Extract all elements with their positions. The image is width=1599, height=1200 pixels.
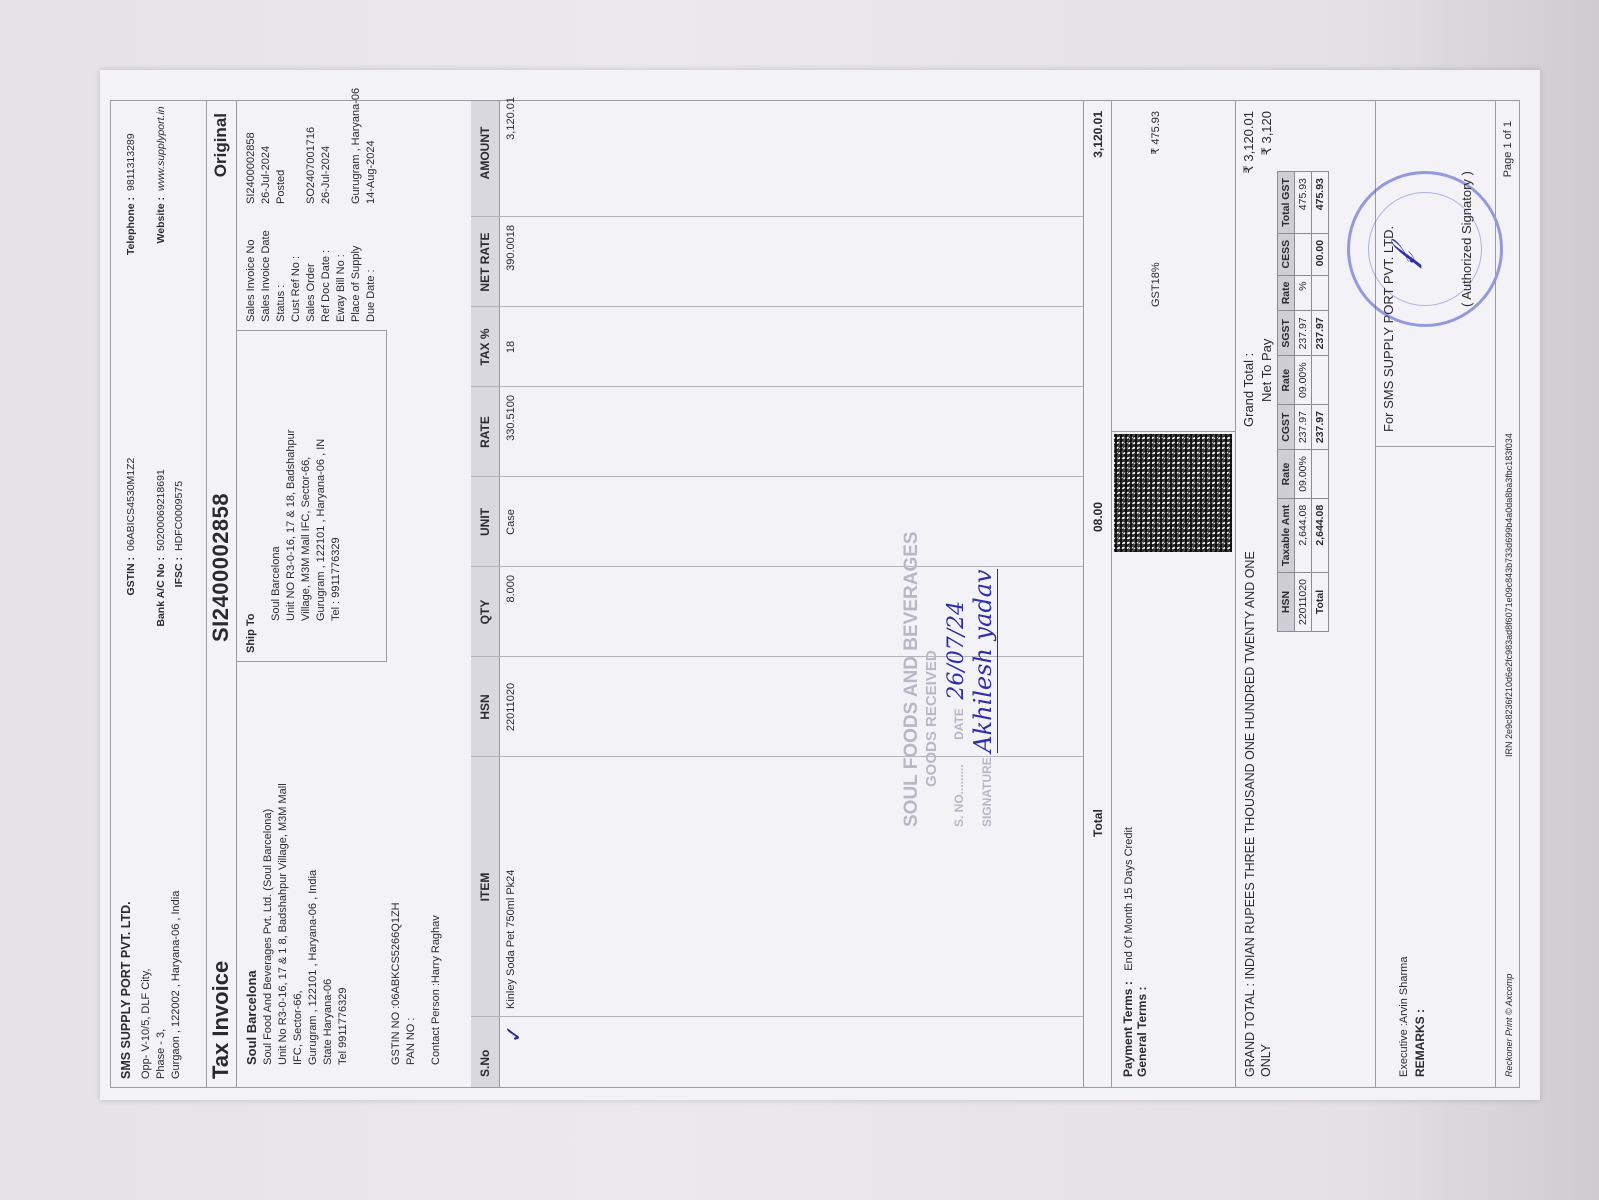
meta-row: Ref Doc Date :26-Jul-2024: [319, 72, 334, 322]
gst-column-header: Total GST: [1278, 172, 1295, 234]
title-bar: Tax Invoice SI2400002858 Original: [206, 101, 237, 1087]
total-amount: 3,120.01: [1091, 111, 1105, 158]
payment-terms-label: Payment Terms :: [1121, 981, 1135, 1077]
invoice-paper: SMS SUPPLY PORT PVT. LTD. Opp- V-10/5, D…: [100, 70, 1540, 1100]
grand-total-value: ₹ 3,120.01: [1241, 111, 1257, 174]
checkmark-icon: ✓: [501, 1025, 527, 1043]
page-number: Page 1 of 1: [1502, 121, 1514, 177]
irn-number: IRN 2e9c8236f210d6e2fc983ad8f6071e09c843…: [1504, 433, 1514, 757]
bill-to-pan: PAN NO :: [404, 665, 419, 1065]
bill-to: Soul Barcelona Soul Food And Beverages P…: [244, 665, 444, 1065]
stamp-signature-label: SIGNATURE: [980, 757, 994, 827]
column-header: HSN: [478, 657, 492, 757]
ifsc-value: HDFC0009575: [173, 481, 185, 551]
handwritten-date: 26/07/24: [944, 601, 969, 700]
gst-column-header: SGST: [1278, 311, 1295, 356]
bill-to-line: IFC, Sector-66,: [291, 665, 306, 1065]
column-header: AMOUNT: [478, 89, 492, 217]
remarks-label: REMARKS :: [1413, 1009, 1427, 1077]
ship-to-line: Tel : 9911776329: [329, 331, 344, 621]
gst-column-header: CGST: [1278, 405, 1295, 450]
meta-row: Sales OrderSO2407001716: [304, 72, 319, 322]
meta-row: Sales Invoice Date26-Jul-2024: [259, 72, 274, 322]
table-cell: 22011020: [505, 665, 517, 757]
column-header: ITEM: [478, 757, 492, 1017]
meta-value: Posted: [274, 170, 289, 204]
bank-value: 50200069218691: [155, 469, 167, 551]
goods-received-stamp: SOUL FOODS AND BEVERAGES GOODS RECEIVED …: [901, 467, 997, 827]
column-header: RATE: [478, 387, 492, 477]
total-label: Total: [1091, 809, 1105, 837]
table-cell: Case: [505, 485, 517, 567]
grand-total-label: Grand Total :: [1241, 353, 1256, 427]
table-cell: Kinley Soda Pet 750ml Pk24: [505, 765, 517, 1017]
footer-section: Executive :Arvin Sharma REMARKS : For SM…: [1375, 101, 1495, 1087]
telephone-label: Telephone :: [125, 197, 137, 287]
gst-rate-label: GST18%: [1149, 262, 1164, 307]
table-cell: 390.0018: [505, 225, 517, 307]
party-details: Soul Barcelona Soul Food And Beverages P…: [236, 101, 472, 1087]
authorized-signature-mark: 𝒻: [1383, 252, 1423, 267]
items-total-row: Total 08.00 3,120.01: [1083, 101, 1112, 1087]
column-lines: [471, 101, 1111, 1087]
stamp-sno: S. NO.........: [952, 764, 966, 827]
meta-row: Sales Invoice NoSI2400002858: [244, 72, 259, 322]
gst-amount: ₹ 475.93: [1149, 111, 1164, 155]
company-address-2: Phase - 3,: [154, 891, 169, 1079]
meta-label: Status :: [274, 204, 289, 322]
meta-label: Sales Invoice Date: [259, 204, 274, 322]
stamp-line-2: GOODS RECEIVED: [923, 467, 940, 787]
table-row: Kinley Soda Pet 750ml Pk24220110208.000C…: [499, 101, 527, 1087]
contact-person: Contact Person :Harry Raghav: [429, 665, 444, 1065]
meta-value: SI2400002858: [244, 132, 259, 204]
meta-label: Cust Ref No :: [289, 204, 304, 322]
bill-to-line: Gurugram , 122101 , Haryana-06 , India: [306, 665, 321, 1065]
gstin-label: GSTIN :: [125, 557, 137, 647]
company-seal: [1347, 171, 1503, 327]
stamp-date-label: DATE: [952, 708, 966, 740]
total-qty: 08.00: [1091, 502, 1105, 532]
gst-total-row: Total2,644.08237.97237.9700.00475.93: [1312, 172, 1329, 632]
gstin-value: 06ABICS4530M1Z2: [125, 458, 137, 551]
bill-to-line: Unit No R3-0-16, 17 & 1 8, Badshahpur Vi…: [276, 665, 291, 1065]
table-cell: 8.000: [505, 575, 517, 657]
meta-row: Cust Ref No :: [289, 72, 304, 322]
printed-by: Reckoner Print © Axcomp: [1504, 974, 1514, 1077]
meta-value: SO2407001716: [304, 127, 319, 204]
ship-to-line: Village, M3M Mall IFC, Sector-66,: [299, 331, 314, 621]
gst-column-header: HSN: [1278, 573, 1295, 632]
meta-row: Due Date :14-Aug-2024: [364, 72, 379, 322]
bill-to-gstin: GSTIN NO :06ABKCS5266Q1ZH: [389, 665, 404, 1065]
meta-label: Sales Invoice No: [244, 204, 259, 322]
meta-label: Place of Supply: [349, 204, 364, 322]
amount-in-words-2: ONLY: [1259, 1044, 1273, 1077]
meta-value: 26-Jul-2024: [319, 146, 334, 204]
ship-to-heading: Ship To: [244, 331, 259, 653]
stamp-line-1: SOUL FOODS AND BEVERAGES: [901, 467, 923, 827]
ifsc-label: IFSC :: [173, 557, 185, 647]
gst-column-header: CESS: [1278, 233, 1295, 275]
qr-code: [1114, 434, 1232, 552]
general-terms-label: General Terms :: [1135, 987, 1149, 1077]
gst-breakdown-table: HSNTaxable AmtRateCGSTRateSGSTRateCESSTo…: [1277, 171, 1329, 632]
column-header: NET RATE: [478, 217, 492, 307]
items-header-row: S.NoITEMHSNQTYUNITRATETAX %NET RATEAMOUN…: [471, 101, 500, 1087]
net-to-pay-label: Net To Pay: [1259, 339, 1274, 402]
meta-label: Ref Doc Date :: [319, 204, 334, 322]
authorized-signatory: ( Authorized Signatory ): [1459, 171, 1474, 307]
column-header: UNIT: [478, 477, 492, 567]
invoice-document: SMS SUPPLY PORT PVT. LTD. Opp- V-10/5, D…: [110, 100, 1520, 1088]
meta-value: 26-Jul-2024: [259, 146, 274, 204]
gst-column-header: Rate: [1278, 275, 1295, 311]
gst-row: 220110202,644.0809.00%237.9709.00%237.97…: [1295, 172, 1312, 632]
website-value: www.supplyport.in: [155, 106, 167, 191]
meta-value: Gurugram , Haryana-06: [349, 88, 364, 204]
copy-label: Original: [211, 113, 231, 177]
items-table: S.NoITEMHSNQTYUNITRATETAX %NET RATEAMOUN…: [471, 101, 1112, 1087]
gst-column-header: Rate: [1278, 450, 1295, 499]
bill-to-line: Soul Food And Beverages Pvt. Ltd. (Soul …: [261, 665, 276, 1065]
amount-in-words: GRAND TOTAL : INDIAN RUPEES THREE THOUSA…: [1243, 551, 1257, 1077]
meta-label: Eway Bill No :: [334, 204, 349, 322]
company-header: SMS SUPPLY PORT PVT. LTD. Opp- V-10/5, D…: [111, 101, 207, 1087]
meta-row: Place of SupplyGurugram , Haryana-06: [349, 72, 364, 322]
ship-to-line: Soul Barcelona: [269, 331, 284, 621]
invoice-meta: Sales Invoice NoSI2400002858Sales Invoic…: [244, 72, 379, 322]
company-address-3: Gurgaon , 122002 , Haryana-06 , India: [169, 891, 184, 1079]
table-cell: 330.5100: [505, 395, 517, 477]
company-name: SMS SUPPLY PORT PVT. LTD.: [119, 891, 133, 1079]
telephone-value: 9811313289: [125, 133, 137, 191]
meta-value: 14-Aug-2024: [364, 140, 379, 204]
bill-to-line: Tel 9911776329: [336, 665, 351, 1065]
gst-column-header: Rate: [1278, 356, 1295, 405]
column-header: TAX %: [478, 307, 492, 387]
executive-name: Executive :Arvin Sharma: [1397, 957, 1412, 1077]
column-header: QTY: [478, 567, 492, 657]
handwritten-signature: Akhilesh yadav: [969, 569, 998, 752]
meta-row: Eway Bill No :: [334, 72, 349, 322]
invoice-number: SI2400002858: [208, 493, 234, 642]
column-header: S.No: [478, 1007, 492, 1087]
bill-to-line: State Haryana-06: [321, 665, 336, 1065]
bank-label: Bank A/C No :: [155, 557, 167, 647]
company-address-1: Opp- V-10/5, DLF City,: [139, 891, 154, 1079]
net-to-pay-value: ₹ 3,120: [1259, 111, 1275, 155]
gst-column-header: Taxable Amt: [1278, 498, 1295, 572]
payment-terms-value: End Of Month 15 Days Credit: [1123, 827, 1135, 971]
bill-to-name: Soul Barcelona: [244, 665, 259, 1065]
document-title: Tax Invoice: [208, 961, 234, 1079]
terms-section: Payment Terms : End Of Month 15 Days Cre…: [1111, 101, 1236, 1087]
ship-to-line: Unit NO R3-0-16, 17 & 18, Badshahpur: [284, 331, 299, 621]
table-cell: 3,120.01: [505, 97, 517, 217]
meta-label: Due Date :: [364, 204, 379, 322]
meta-row: Status :Posted: [274, 72, 289, 322]
website-label: Website :: [155, 197, 167, 287]
table-cell: 18: [505, 315, 517, 387]
ship-to-line: Gurugram , 122101 , Haryana-06 , IN: [314, 331, 329, 621]
print-footer: Reckoner Print © Axcomp IRN 2e9c8236f210…: [1495, 101, 1522, 1087]
meta-label: Sales Order: [304, 204, 319, 322]
ship-to: Ship To Soul Barcelona Unit NO R3-0-16, …: [236, 330, 387, 662]
